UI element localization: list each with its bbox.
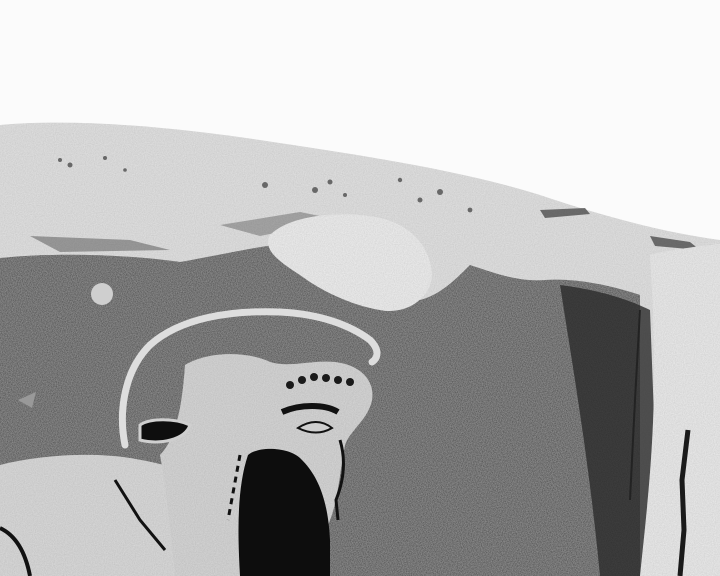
dot-ornament xyxy=(91,283,113,305)
pottery-fragment-photo xyxy=(0,0,720,576)
